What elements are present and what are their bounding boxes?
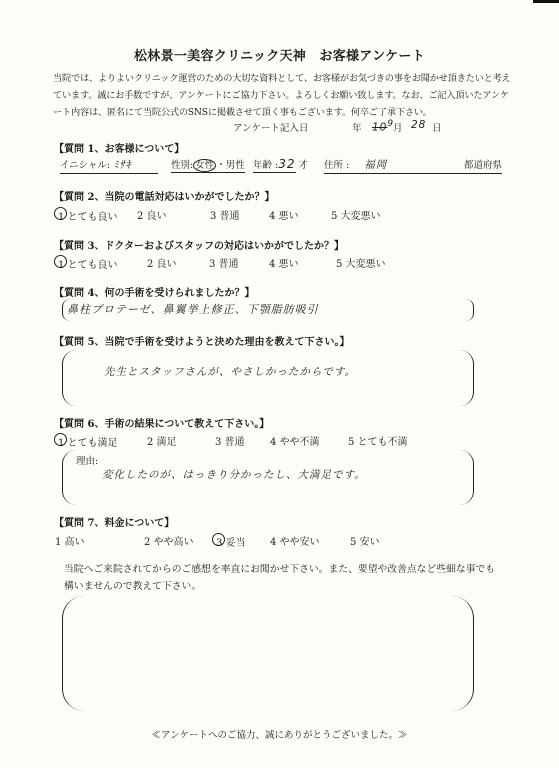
initial-value: ﾐｻｷ bbox=[113, 159, 132, 171]
address-value: 福岡 bbox=[364, 159, 387, 171]
q6-heading: 【質問 6、手術の結果について教えて下さい。】 bbox=[54, 415, 269, 430]
q3-option-5[interactable]: 5 大変悪い bbox=[336, 255, 386, 270]
day-field[interactable]: 28 bbox=[411, 119, 426, 131]
q3-option-1[interactable]: 1 とても良い bbox=[54, 255, 118, 271]
q2-option-4[interactable]: 4 悪い bbox=[269, 207, 299, 222]
gender-label: 性別: bbox=[171, 160, 193, 171]
gender-option-female[interactable]: 女性 bbox=[193, 159, 216, 172]
gender-separator: ・ bbox=[216, 160, 226, 171]
option-label: 3 妥当 bbox=[216, 538, 246, 549]
q4-heading: 【質問 4、何の手術を受けられましたか？】 bbox=[54, 284, 254, 299]
intro-paragraph: 当院では、よりよいクリニック運営のための大切な資料として、お客様がお気づきの事を… bbox=[53, 70, 523, 121]
initial-field[interactable]: イニシャル: ﾐｻｷ bbox=[60, 157, 160, 174]
q6-option-2[interactable]: 2 満足 bbox=[147, 433, 177, 448]
q5-answer: 先生とスタッフさんが、やさしかったからです。 bbox=[104, 364, 356, 379]
intro-line: 当院では、よりよいクリニック運営のための大切な資料として、お客様がお気づきの事を… bbox=[53, 70, 523, 87]
page-title: 松林景一美容クリニック天神 お客様アンケート bbox=[0, 45, 559, 64]
gender-field: 性別:女性・男性 bbox=[171, 157, 245, 173]
q1-heading: 【質問 1、お客様について】 bbox=[54, 140, 184, 155]
q7-option-4[interactable]: 4 やや安い bbox=[270, 533, 320, 548]
q2-option-1[interactable]: 1 とても良い bbox=[54, 207, 118, 223]
initial-label: イニシャル: bbox=[60, 160, 110, 171]
comments-prompt-line-2: 構いませんので教えて下さい。 bbox=[64, 578, 201, 592]
q6-reason-label: 理由: bbox=[76, 453, 98, 467]
q3-option-2[interactable]: 2 良い bbox=[147, 255, 177, 270]
month-value: 10 bbox=[372, 122, 387, 134]
age-label: 年齢 : bbox=[253, 160, 278, 171]
footer-thanks: ≪アンケートへのご協力、誠にありがとうございました。≫ bbox=[0, 727, 559, 741]
survey-form-page: 松林景一美容クリニック天神 お客様アンケート 当院では、よりよいクリニック運営の… bbox=[0, 0, 559, 768]
age-field[interactable]: 年齢 :32 才 bbox=[253, 157, 308, 171]
q6-option-5[interactable]: 5 とても不満 bbox=[348, 433, 408, 448]
q5-heading: 【質問 5、当院で手術を受けようと決めた理由を教えて下さい。】 bbox=[54, 333, 349, 348]
q7-option-3[interactable]: 3 妥当 bbox=[212, 533, 246, 549]
address-label: 住所 : bbox=[324, 160, 349, 171]
scan-corner-mark bbox=[533, 0, 559, 3]
address-unit: 都道府県 bbox=[464, 157, 502, 171]
option-label: 1 とても満足 bbox=[58, 438, 118, 449]
date-label: アンケート記入日 bbox=[233, 120, 308, 134]
intro-line: ート内容は、匿名にて当院公式のSNSに掲載させて頂く事もございます。何卒ご了承下… bbox=[53, 104, 523, 121]
q7-option-5[interactable]: 5 安い bbox=[350, 533, 380, 548]
month-field[interactable]: 109 bbox=[372, 119, 394, 134]
q3-option-3[interactable]: 3 普通 bbox=[209, 255, 239, 270]
q2-option-3[interactable]: 3 普通 bbox=[210, 207, 240, 222]
q7-option-1[interactable]: 1 高い bbox=[55, 533, 85, 548]
address-field[interactable]: 住所 : 福岡 都道府県 bbox=[324, 157, 502, 174]
q6-reason-answer: 変化したのが、はっきり分かったし、大満足です。 bbox=[102, 467, 366, 482]
q2-option-5[interactable]: 5 大変悪い bbox=[331, 207, 381, 222]
day-label: 日 bbox=[432, 120, 442, 134]
q7-heading: 【質問 7、料金について】 bbox=[54, 514, 174, 529]
month-label: 月 bbox=[393, 120, 403, 134]
gender-option-male[interactable]: 男性 bbox=[226, 160, 245, 171]
q2-heading: 【質問 2、当院の電話対応はいかがでしたか？】 bbox=[54, 188, 274, 203]
comments-prompt-line-1: 当院へご来院されてからのご感想を率直にお聞かせ下さい。また、要望や改善点など些細… bbox=[64, 561, 495, 575]
q6-option-4[interactable]: 4 やや不満 bbox=[270, 433, 320, 448]
year-label: 年 bbox=[352, 120, 362, 134]
q4-answer: 鼻柱プロテーゼ、鼻翼挙上修正、下顎脂肪吸引 bbox=[67, 301, 319, 317]
option-label: 1 とても良い bbox=[58, 260, 118, 271]
comments-answer-box[interactable] bbox=[62, 596, 474, 711]
q3-option-4[interactable]: 4 悪い bbox=[269, 255, 299, 270]
q2-option-2[interactable]: 2 良い bbox=[137, 207, 167, 222]
q6-option-1[interactable]: 1 とても満足 bbox=[54, 433, 118, 449]
q7-option-2[interactable]: 2 やや高い bbox=[144, 533, 194, 548]
q3-heading: 【質問 3、ドクターおよびスタッフの対応はいかがでしたか？】 bbox=[54, 237, 344, 252]
intro-line: ています。誠にお手数ですが、アンケートにご協力下さい。よろしくお願い致します。な… bbox=[53, 87, 523, 104]
age-value: 32 bbox=[278, 157, 295, 171]
option-label: 1 とても良い bbox=[58, 212, 118, 223]
q6-option-3[interactable]: 3 普通 bbox=[215, 433, 245, 448]
age-unit: 才 bbox=[299, 160, 309, 171]
